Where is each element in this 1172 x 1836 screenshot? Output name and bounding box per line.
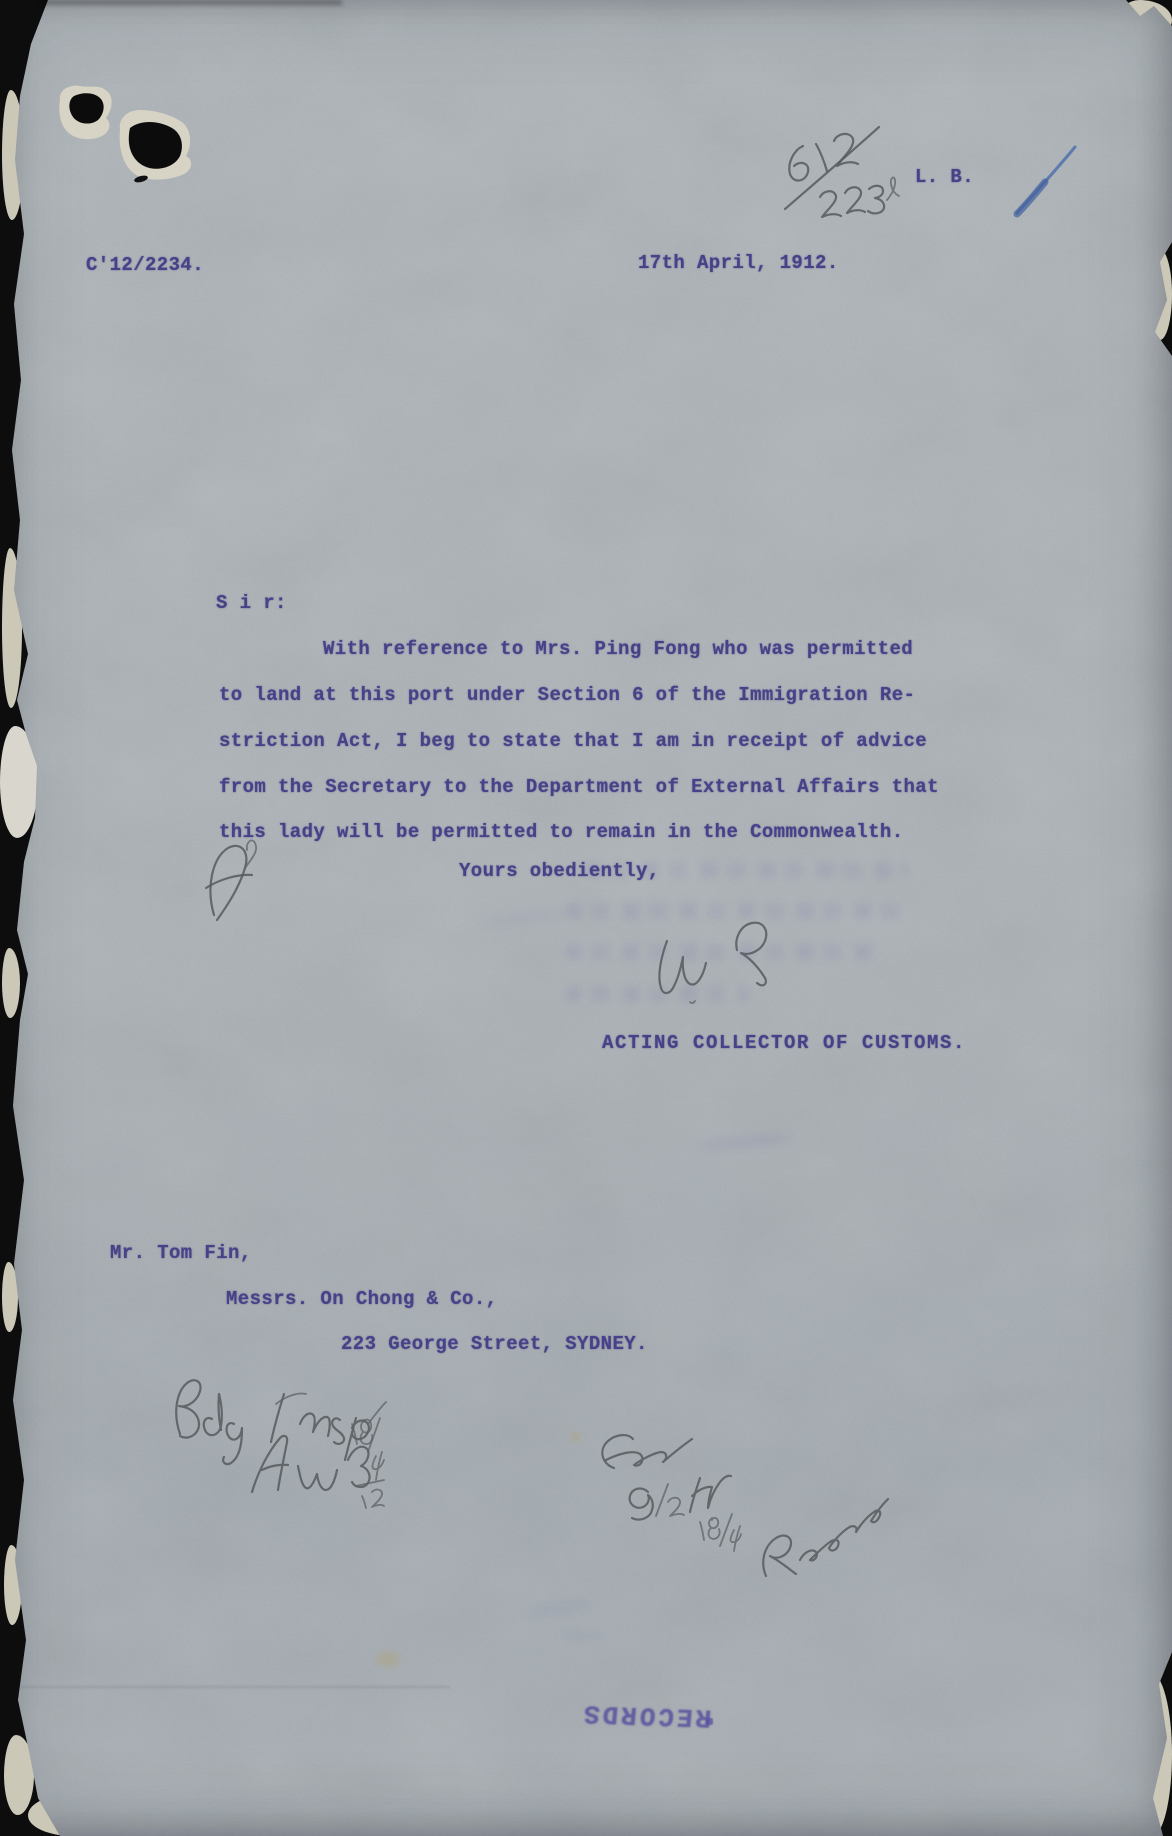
body-line: to land at this port under Section 6 of … xyxy=(219,686,915,705)
stamp-dot xyxy=(706,1718,713,1725)
torn-edge-left-4 xyxy=(2,948,20,1018)
body-line: striction Act, I beg to state that I am … xyxy=(219,732,927,751)
ink-bleedthrough-line xyxy=(565,944,875,960)
paper-stain xyxy=(376,1652,400,1667)
paper-stain xyxy=(571,1433,580,1441)
scanned-letter-canvas: C'12/2234. 17th April, 1912. L. B. S i r… xyxy=(0,0,1172,1836)
fold-crease xyxy=(20,1686,450,1688)
salutation: S i r: xyxy=(216,594,287,613)
addressee-address: 223 George Street, SYDNEY. xyxy=(341,1335,648,1354)
ink-smudge xyxy=(560,1632,606,1640)
signature-title: ACTING COLLECTOR OF CUSTOMS. xyxy=(602,1034,966,1053)
letter-date: 17th April, 1912. xyxy=(638,254,839,273)
closing-line: Yours obediently, xyxy=(459,862,660,881)
records-stamp: RECORDS xyxy=(550,1685,713,1730)
ink-bleedthrough-line xyxy=(565,986,750,1002)
addressee-name: Mr. Tom Fin, xyxy=(110,1244,252,1263)
clerk-initials: L. B. xyxy=(915,168,974,187)
top-edge-shadow xyxy=(42,0,342,5)
ink-bleedthrough-line xyxy=(565,903,905,919)
body-line: from the Secretary to the Department of … xyxy=(219,778,939,797)
addressee-company: Messrs. On Chong & Co., xyxy=(226,1290,497,1309)
file-reference: C'12/2234. xyxy=(86,256,204,275)
body-line: this lady will be permitted to remain in… xyxy=(219,823,904,842)
body-line: With reference to Mrs. Ping Fong who was… xyxy=(323,640,913,659)
